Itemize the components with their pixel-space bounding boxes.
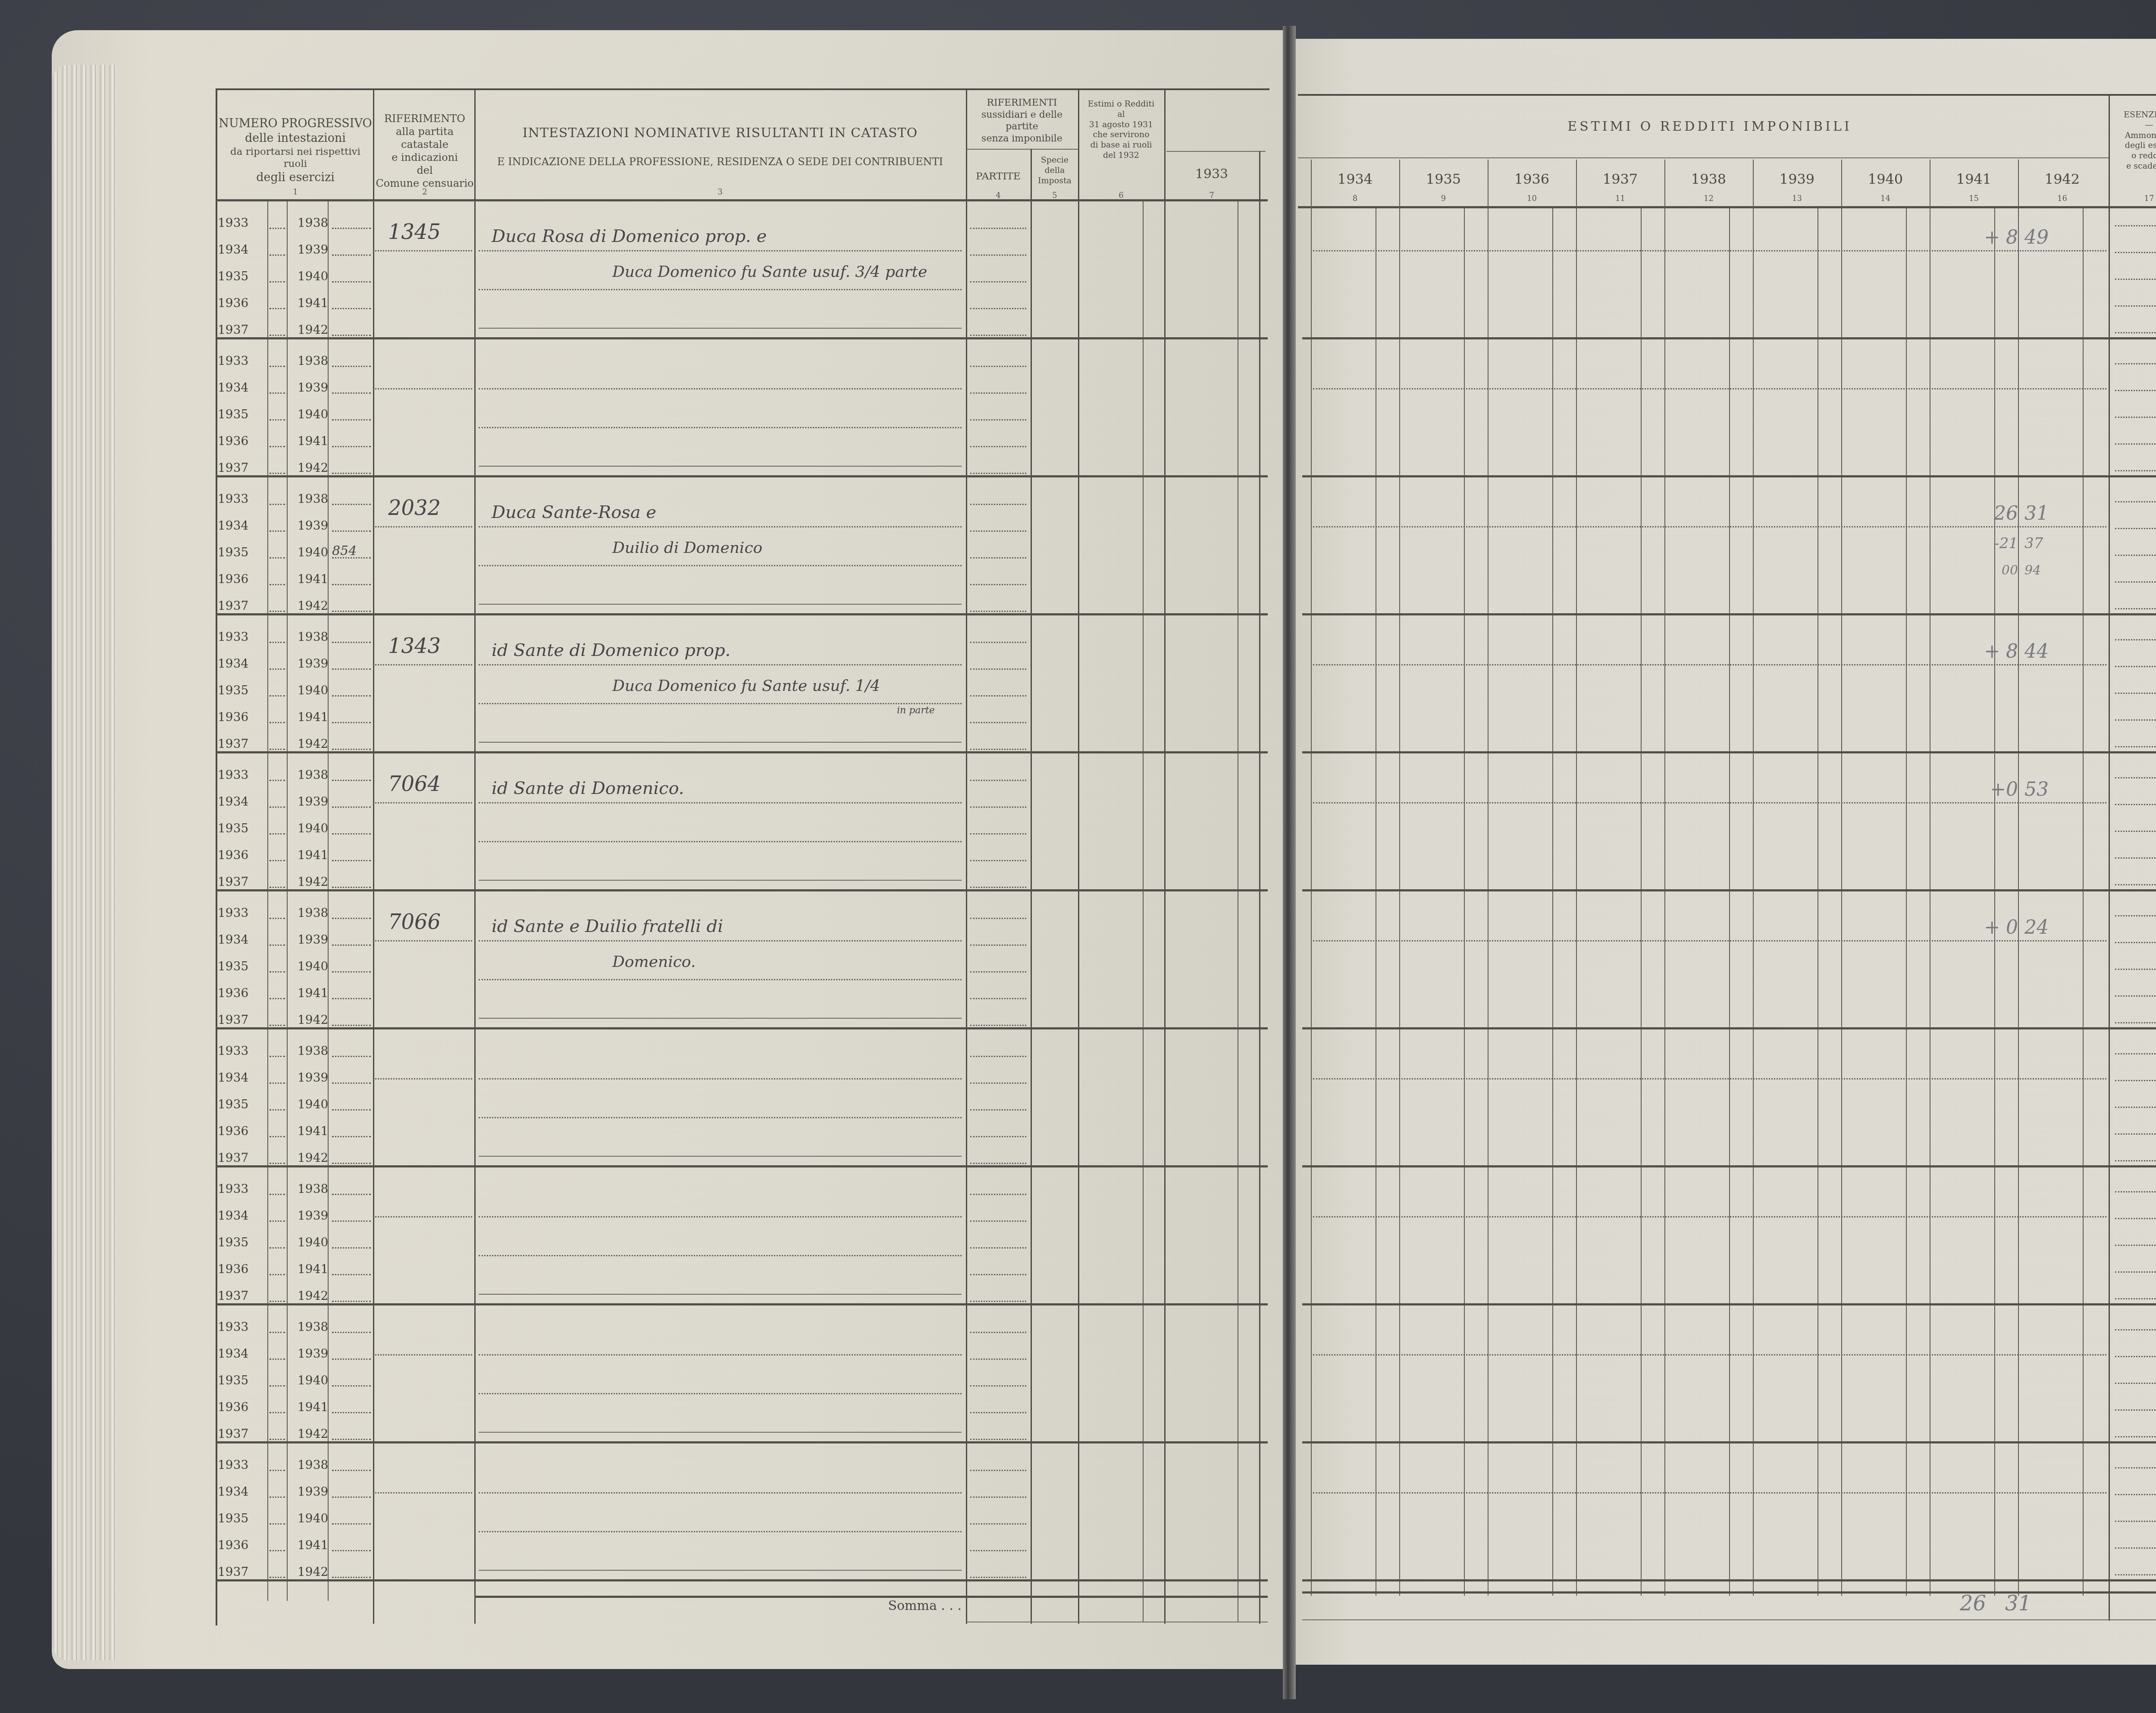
year-label: 1939 [298, 1208, 328, 1223]
year-label: 1940 [298, 821, 328, 835]
year-label: 1934 [218, 1070, 248, 1085]
year-label: 1933 [218, 492, 248, 506]
year-label: 1939 [298, 518, 328, 533]
year-label: 1936 [218, 986, 248, 1000]
value-1941-dec: 49 [2024, 226, 2049, 248]
header-riferimento: RIFERIMENTO alla partita catastale e ind… [375, 112, 474, 190]
year-label: 1934 [218, 242, 248, 257]
header-partite: PARTITE [966, 170, 1031, 183]
year-label: 1936 [218, 572, 248, 586]
value-1941-diff-dec: 94 [2024, 563, 2041, 578]
year-label: 1934 [218, 1484, 248, 1499]
value-1941-int: +0 [1958, 778, 2018, 800]
column-number: 15 [1930, 194, 2018, 204]
year-label: 1938 [298, 216, 328, 230]
year-label: 1939 [298, 932, 328, 947]
year-label: 1941 [298, 296, 328, 310]
value-1941-sub-int: -21 [1958, 535, 2018, 552]
year-label: 1937 [218, 1565, 248, 1579]
year-label: 1939 [298, 380, 328, 395]
header-1933: 1933 [1164, 166, 1259, 182]
header-year-2: 1936 [1488, 170, 1576, 188]
year-label: 1937 [218, 875, 248, 889]
year-label: 1935 [218, 1511, 248, 1525]
year-label: 1939 [298, 242, 328, 257]
year-label: 1934 [218, 1346, 248, 1361]
year-label: 1941 [298, 1124, 328, 1138]
year-label: 1938 [298, 1044, 328, 1058]
year-label: 1936 [218, 1400, 248, 1414]
book-gutter [1283, 26, 1296, 1699]
year-label: 1942 [298, 1427, 328, 1441]
year-label: 1942 [298, 875, 328, 889]
year-label: 1936 [218, 434, 248, 448]
year-label: 1940 [298, 1511, 328, 1525]
year-label: 1936 [218, 1262, 248, 1276]
somma-1941-int: 26 [1960, 1591, 1986, 1616]
year-label: 1941 [298, 848, 328, 862]
entry-line-2: Domenico. [612, 953, 696, 971]
entry-line-1: id Sante e Duilio fratelli di [492, 916, 723, 936]
partita-number: 2032 [388, 496, 441, 520]
year-label: 1937 [218, 1013, 248, 1027]
header-year-5: 1939 [1753, 170, 1841, 188]
year-label: 1942 [298, 1151, 328, 1165]
somma-1941-dec: 31 [2005, 1591, 2031, 1616]
year-label: 1935 [218, 959, 248, 973]
header-year-0: 1934 [1311, 170, 1399, 188]
value-1941-int: + 8 [1958, 226, 2018, 248]
header-esenzioni: ESENZIONI — Ammontare degli estimi o red… [2110, 110, 2156, 172]
partita-number: 7064 [388, 772, 441, 796]
year-label: 1934 [218, 656, 248, 671]
year-label: 1942 [298, 323, 328, 337]
year-label: 1940 [298, 683, 328, 697]
year-label: 1936 [218, 1124, 248, 1138]
year-label: 1934 [218, 932, 248, 947]
header-year-7: 1941 [1930, 170, 2018, 188]
year-label: 1935 [218, 1097, 248, 1111]
column-number: 9 [1399, 194, 1488, 204]
year-label: 1936 [218, 296, 248, 310]
year-label: 1942 [298, 1013, 328, 1027]
year-label: 1940 [298, 1235, 328, 1249]
year-label: 1933 [218, 906, 248, 920]
year-label: 1933 [218, 354, 248, 368]
header-year-3: 1937 [1576, 170, 1664, 188]
year-label: 1939 [298, 794, 328, 809]
year-label: 1934 [218, 380, 248, 395]
column-number: 11 [1576, 194, 1664, 204]
column-number: 12 [1664, 194, 1753, 204]
year-label: 1935 [218, 1373, 248, 1387]
year-label: 1933 [218, 1320, 248, 1334]
year-label: 1938 [298, 1182, 328, 1196]
year-label: 1936 [218, 1538, 248, 1552]
year-label: 1934 [218, 794, 248, 809]
year-label: 1933 [218, 1044, 248, 1058]
year-label: 1936 [218, 710, 248, 724]
year-label: 1939 [298, 1484, 328, 1499]
year-label: 1938 [298, 1320, 328, 1334]
value-1941-int: 26 [1958, 502, 2018, 524]
year-label: 1941 [298, 1538, 328, 1552]
column-number: 3 [474, 188, 966, 198]
header-estimi-1931: Estimi o Redditi al 31 agosto 1931 che s… [1078, 99, 1164, 161]
entry-line-1: Duca Sante-Rosa e [492, 502, 656, 522]
year-label: 1940 [298, 269, 328, 283]
year-label: 1937 [218, 1151, 248, 1165]
partita-number: 7066 [388, 910, 441, 934]
year-label: 1942 [298, 599, 328, 613]
entry-line-2: Duca Domenico fu Sante usuf. 1/4 [612, 677, 880, 695]
year-label: 1937 [218, 1289, 248, 1303]
header-year-8: 1942 [2018, 170, 2106, 188]
year-label: 1940 [298, 545, 328, 559]
column-number: 2 [375, 188, 474, 198]
entry-line-2: Duilio di Domenico [612, 539, 762, 557]
year-label: 1938 [298, 906, 328, 920]
year-label: 1941 [298, 572, 328, 586]
entry-line-2: Duca Domenico fu Sante usuf. 3/4 parte [612, 263, 927, 281]
year-label: 1934 [218, 518, 248, 533]
year-label: 1937 [218, 737, 248, 751]
year-label: 1941 [298, 1262, 328, 1276]
year-label: 1938 [298, 354, 328, 368]
value-1941-int: + 8 [1958, 640, 2018, 662]
year-label: 1941 [298, 710, 328, 724]
year-label: 1933 [218, 1182, 248, 1196]
header-year-4: 1938 [1664, 170, 1753, 188]
year-label: 1938 [298, 630, 328, 644]
column-number: 8 [1311, 194, 1399, 204]
column-number: 10 [1488, 194, 1576, 204]
year-label: 1933 [218, 630, 248, 644]
year-label: 1934 [218, 1208, 248, 1223]
header-year-1: 1935 [1399, 170, 1488, 188]
year-label: 1938 [298, 1458, 328, 1472]
column-number: 16 [2018, 194, 2106, 204]
header-intestazioni: INTESTAZIONI NOMINATIVE RISULTANTI IN CA… [474, 125, 966, 141]
year-label: 1935 [218, 821, 248, 835]
year-label: 1942 [298, 737, 328, 751]
value-1941-dec: 31 [2024, 502, 2049, 524]
year-label: 1937 [218, 461, 248, 475]
entry-line-3: in parte [897, 705, 935, 716]
year-label: 1942 [298, 461, 328, 475]
year-label: 1942 [298, 1565, 328, 1579]
year-label: 1940 [298, 959, 328, 973]
value-1941-sub-dec: 37 [2024, 535, 2043, 552]
year-label: 1935 [218, 269, 248, 283]
year-label: 1940 [298, 407, 328, 421]
year-label: 1939 [298, 1346, 328, 1361]
form-model-label: Mod. 111 - Imposte Dirette (Intercalare)… [2147, 69, 2156, 80]
entry-line-1: id Sante di Domenico prop. [492, 640, 730, 660]
year-label: 1933 [218, 768, 248, 782]
partita-number: 1345 [388, 220, 441, 244]
page-edges [52, 65, 116, 1660]
year-label: 1941 [298, 1400, 328, 1414]
entry-line-1: Duca Rosa di Domenico prop. e [492, 226, 767, 246]
year-label: 1933 [218, 216, 248, 230]
column-number: 14 [1841, 194, 1930, 204]
year-label: 1940 [298, 1097, 328, 1111]
header-numero-progressivo: NUMERO PROGRESSIVO delle intestazioni da… [218, 116, 373, 185]
column-number: 17 [2110, 194, 2156, 204]
value-1941-dec: 44 [2024, 640, 2049, 662]
header-riferimenti: RIFERIMENTI sussidiari e delle partite s… [966, 97, 1078, 144]
partita-number: 1343 [388, 634, 441, 658]
year-label: 1935 [218, 545, 248, 559]
year-label: 1935 [218, 1235, 248, 1249]
entry-line-1: id Sante di Domenico. [492, 778, 684, 798]
year-label: 1940 [298, 1373, 328, 1387]
year-label: 1938 [298, 768, 328, 782]
year-label: 1941 [298, 434, 328, 448]
year-label: 1937 [218, 1427, 248, 1441]
year-label: 1941 [298, 986, 328, 1000]
year-label: 1937 [218, 323, 248, 337]
column-number: 1 [218, 188, 373, 198]
somma-label: Somma . . . [819, 1598, 962, 1614]
column-number: 13 [1753, 194, 1841, 204]
entry-left-note: 854 [332, 543, 357, 558]
year-label: 1939 [298, 656, 328, 671]
value-1941-dec: 53 [2024, 778, 2049, 800]
year-label: 1933 [218, 1458, 248, 1472]
header-estimi-redditi-imponibili: ESTIMI O REDDITI IMPONIBILI [1311, 119, 2109, 135]
value-1941-dec: 24 [2024, 916, 2049, 938]
year-label: 1942 [298, 1289, 328, 1303]
year-label: 1937 [218, 599, 248, 613]
year-label: 1938 [298, 492, 328, 506]
header-intestazioni-sub: E INDICAZIONE DELLA PROFESSIONE, RESIDEN… [474, 155, 966, 168]
value-1941-int: + 0 [1958, 916, 2018, 938]
header-year-6: 1940 [1841, 170, 1930, 188]
year-label: 1935 [218, 683, 248, 697]
year-label: 1935 [218, 407, 248, 421]
year-label: 1936 [218, 848, 248, 862]
year-label: 1939 [298, 1070, 328, 1085]
header-specie-imposta: Specie della Imposta [1031, 155, 1078, 186]
value-1941-diff-int: 00 [1958, 563, 2018, 578]
